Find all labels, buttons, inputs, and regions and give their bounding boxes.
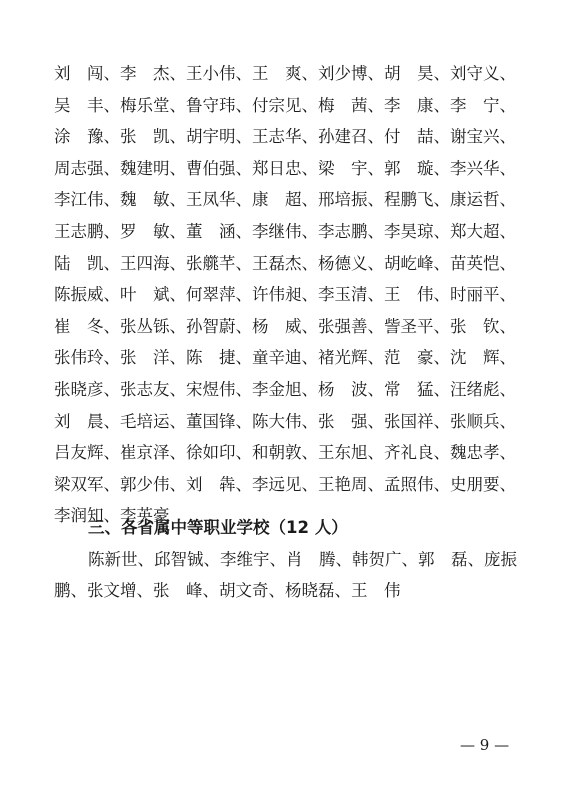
person-name: 谢宝兴 bbox=[450, 125, 500, 149]
separator: 、 bbox=[170, 220, 187, 244]
person-name: 张国祥 bbox=[384, 410, 434, 434]
separator: 、 bbox=[236, 378, 253, 402]
person-name: 杨 威 bbox=[252, 315, 302, 339]
separator: 、 bbox=[302, 125, 319, 149]
separator: 、 bbox=[434, 410, 451, 434]
person-name: 孙智蔚 bbox=[186, 315, 236, 339]
person-name: 毛培运 bbox=[120, 410, 170, 434]
person-name: 刘少博 bbox=[318, 62, 368, 86]
separator: 、 bbox=[368, 125, 385, 149]
separator: 、 bbox=[236, 283, 253, 307]
person-name: 孙建召 bbox=[318, 125, 368, 149]
person-name: 张艞芊 bbox=[186, 252, 236, 276]
person-name: 程鹏飞 bbox=[384, 188, 434, 212]
separator: 、 bbox=[170, 346, 187, 370]
person-name: 陆 凯 bbox=[54, 252, 104, 276]
person-name: 曹伯强 bbox=[186, 157, 236, 181]
name-row: 陆 凯、王四海、张艞芊、王磊杰、杨德义、胡屹峰、苗英恺、 bbox=[54, 252, 516, 276]
name-row: 梁双军、郭少伟、刘 犇、李远见、王艳周、孟照伟、史朋要、 bbox=[54, 473, 516, 497]
person-name: 张丛铄 bbox=[120, 315, 170, 339]
person-name: 胡宇明 bbox=[186, 125, 236, 149]
person-name: 郑大超 bbox=[450, 220, 500, 244]
person-name: 张伟玲 bbox=[54, 346, 104, 370]
separator: 、 bbox=[302, 157, 319, 181]
separator: 、 bbox=[104, 157, 121, 181]
person-name: 訾圣平 bbox=[384, 315, 434, 339]
person-name: 杨德义 bbox=[318, 252, 368, 276]
person-name: 王 伟 bbox=[384, 283, 434, 307]
separator: 、 bbox=[500, 441, 517, 465]
separator: 、 bbox=[170, 157, 187, 181]
person-name: 王志华 bbox=[252, 125, 302, 149]
name-row: 涂 豫、张 凯、胡宇明、王志华、孙建召、付 喆、谢宝兴、 bbox=[54, 125, 516, 149]
separator: 、 bbox=[368, 315, 385, 339]
person-name: 李昊琼 bbox=[384, 220, 434, 244]
separator: 、 bbox=[170, 473, 187, 497]
person-name: 王艳周 bbox=[318, 473, 368, 497]
separator: 、 bbox=[236, 157, 253, 181]
separator: 、 bbox=[170, 283, 187, 307]
person-name: 董国锋 bbox=[186, 410, 236, 434]
separator: 、 bbox=[104, 410, 121, 434]
name-row: 陈振威、叶 斌、何翠萍、许伟昶、李玉清、王 伟、时丽平、 bbox=[54, 283, 516, 307]
name-row: 刘 闯、李 杰、王小伟、王 爽、刘少博、胡 昊、刘守义、 bbox=[54, 62, 516, 86]
person-name: 付宗见 bbox=[252, 94, 302, 118]
person-name: 孟照伟 bbox=[384, 473, 434, 497]
person-name: 梅 茜 bbox=[318, 94, 368, 118]
separator: 、 bbox=[500, 410, 517, 434]
separator: 、 bbox=[170, 62, 187, 86]
separator: 、 bbox=[302, 62, 319, 86]
separator: 、 bbox=[500, 125, 517, 149]
separator: 、 bbox=[236, 62, 253, 86]
person-name: 陈 捷 bbox=[186, 346, 236, 370]
separator: 、 bbox=[170, 125, 187, 149]
person-name: 魏 敏 bbox=[120, 188, 170, 212]
separator: 、 bbox=[236, 252, 253, 276]
person-name: 王凤华 bbox=[186, 188, 236, 212]
separator: 、 bbox=[104, 125, 121, 149]
separator: 、 bbox=[236, 125, 253, 149]
person-name: 刘 晨 bbox=[54, 410, 104, 434]
separator: 、 bbox=[104, 441, 121, 465]
separator: 、 bbox=[434, 94, 451, 118]
person-name: 和朝敦 bbox=[252, 441, 302, 465]
separator: 、 bbox=[434, 125, 451, 149]
section-3-names-line-2: 鹏、张文增、张 峰、胡文奇、杨晓磊、王 伟 bbox=[54, 579, 401, 603]
separator: 、 bbox=[434, 378, 451, 402]
person-name: 张强善 bbox=[318, 315, 368, 339]
person-name: 宋煜伟 bbox=[186, 378, 236, 402]
separator: 、 bbox=[368, 220, 385, 244]
person-name: 李 杰 bbox=[120, 62, 170, 86]
separator: 、 bbox=[302, 473, 319, 497]
document-page: 刘 闯、李 杰、王小伟、王 爽、刘少博、胡 昊、刘守义、吴 丰、梅乐堂、鲁守玮、… bbox=[0, 0, 569, 803]
separator: 、 bbox=[368, 62, 385, 86]
person-name: 郭少伟 bbox=[120, 473, 170, 497]
name-row: 崔 冬、张丛铄、孙智蔚、杨 威、张强善、訾圣平、张 钦、 bbox=[54, 315, 516, 339]
person-name: 李继伟 bbox=[252, 220, 302, 244]
person-name: 王东旭 bbox=[318, 441, 368, 465]
separator: 、 bbox=[104, 252, 121, 276]
separator: 、 bbox=[104, 315, 121, 339]
person-name: 王志鹏 bbox=[54, 220, 104, 244]
separator: 、 bbox=[104, 283, 121, 307]
name-row: 吕友辉、崔京泽、徐如印、和朝敦、王东旭、齐礼良、魏忠孝、 bbox=[54, 441, 516, 465]
name-row: 张晓彦、张志友、宋煜伟、李金旭、杨 波、常 猛、汪绪彪、 bbox=[54, 378, 516, 402]
person-name: 陈大伟 bbox=[252, 410, 302, 434]
separator: 、 bbox=[302, 346, 319, 370]
person-name: 汪绪彪 bbox=[450, 378, 500, 402]
separator: 、 bbox=[500, 283, 517, 307]
person-name: 范 豪 bbox=[384, 346, 434, 370]
person-name: 胡 昊 bbox=[384, 62, 434, 86]
person-name: 李玉清 bbox=[318, 283, 368, 307]
person-name: 鲁守玮 bbox=[186, 94, 236, 118]
separator: 、 bbox=[236, 410, 253, 434]
separator: 、 bbox=[368, 252, 385, 276]
person-name: 王磊杰 bbox=[252, 252, 302, 276]
person-name: 李 康 bbox=[384, 94, 434, 118]
separator: 、 bbox=[104, 346, 121, 370]
separator: 、 bbox=[500, 94, 517, 118]
person-name: 张 凯 bbox=[120, 125, 170, 149]
section-3-heading: 三、各省属中等职业学校（12 人） bbox=[88, 516, 348, 540]
separator: 、 bbox=[302, 220, 319, 244]
person-name: 苗英恺 bbox=[450, 252, 500, 276]
name-row: 周志强、魏建明、曹伯强、郑日忠、梁 宇、郭 璇、李兴华、 bbox=[54, 157, 516, 181]
name-row: 刘 晨、毛培运、董国锋、陈大伟、张 强、张国祥、张顺兵、 bbox=[54, 410, 516, 434]
person-name: 吴 丰 bbox=[54, 94, 104, 118]
person-name: 张 强 bbox=[318, 410, 368, 434]
separator: 、 bbox=[302, 315, 319, 339]
person-name: 张 洋 bbox=[120, 346, 170, 370]
separator: 、 bbox=[170, 315, 187, 339]
separator: 、 bbox=[170, 410, 187, 434]
person-name: 齐礼良 bbox=[384, 441, 434, 465]
person-name: 崔京泽 bbox=[120, 441, 170, 465]
separator: 、 bbox=[368, 94, 385, 118]
person-name: 涂 豫 bbox=[54, 125, 104, 149]
separator: 、 bbox=[170, 378, 187, 402]
separator: 、 bbox=[434, 473, 451, 497]
separator: 、 bbox=[368, 346, 385, 370]
separator: 、 bbox=[302, 378, 319, 402]
separator: 、 bbox=[236, 473, 253, 497]
person-name: 刘 闯 bbox=[54, 62, 104, 86]
separator: 、 bbox=[434, 252, 451, 276]
separator: 、 bbox=[236, 220, 253, 244]
person-name: 杨 波 bbox=[318, 378, 368, 402]
separator: 、 bbox=[104, 378, 121, 402]
separator: 、 bbox=[434, 346, 451, 370]
separator: 、 bbox=[500, 62, 517, 86]
separator: 、 bbox=[302, 410, 319, 434]
separator: 、 bbox=[236, 346, 253, 370]
person-name: 付 喆 bbox=[384, 125, 434, 149]
person-name: 张志友 bbox=[120, 378, 170, 402]
person-name: 刘 犇 bbox=[186, 473, 236, 497]
separator: 、 bbox=[434, 220, 451, 244]
separator: 、 bbox=[368, 378, 385, 402]
name-row: 张伟玲、张 洋、陈 捷、童辛迪、褚光辉、范 豪、沈 辉、 bbox=[54, 346, 516, 370]
separator: 、 bbox=[104, 94, 121, 118]
separator: 、 bbox=[170, 252, 187, 276]
person-name: 李金旭 bbox=[252, 378, 302, 402]
person-name: 常 猛 bbox=[384, 378, 434, 402]
person-name: 张顺兵 bbox=[450, 410, 500, 434]
person-name: 罗 敏 bbox=[120, 220, 170, 244]
separator: 、 bbox=[500, 346, 517, 370]
person-name: 陈振威 bbox=[54, 283, 104, 307]
separator: 、 bbox=[236, 188, 253, 212]
separator: 、 bbox=[236, 94, 253, 118]
person-name: 邢培振 bbox=[318, 188, 368, 212]
separator: 、 bbox=[434, 283, 451, 307]
separator: 、 bbox=[302, 441, 319, 465]
separator: 、 bbox=[500, 315, 517, 339]
person-name: 魏忠孝 bbox=[450, 441, 500, 465]
separator: 、 bbox=[500, 473, 517, 497]
person-name: 时丽平 bbox=[450, 283, 500, 307]
page-number: — 9 — bbox=[460, 735, 509, 755]
person-name: 梅乐堂 bbox=[120, 94, 170, 118]
name-row: 李江伟、魏 敏、王凤华、康 超、邢培振、程鹏飞、康运哲、 bbox=[54, 188, 516, 212]
person-name: 梁 宇 bbox=[318, 157, 368, 181]
person-name: 李志鹏 bbox=[318, 220, 368, 244]
person-name: 李 宁 bbox=[450, 94, 500, 118]
person-name: 王四海 bbox=[120, 252, 170, 276]
person-name: 史朋要 bbox=[450, 473, 500, 497]
separator: 、 bbox=[434, 315, 451, 339]
separator: 、 bbox=[434, 157, 451, 181]
separator: 、 bbox=[368, 441, 385, 465]
separator: 、 bbox=[170, 441, 187, 465]
person-name: 张晓彦 bbox=[54, 378, 104, 402]
separator: 、 bbox=[170, 94, 187, 118]
person-name: 沈 辉 bbox=[450, 346, 500, 370]
person-name: 徐如印 bbox=[186, 441, 236, 465]
section-3-names-line-1: 陈新世、邱智铖、李维宇、肖 腾、韩贺广、郭 磊、庞振 bbox=[88, 548, 517, 572]
separator: 、 bbox=[302, 94, 319, 118]
person-name: 董 涵 bbox=[186, 220, 236, 244]
separator: 、 bbox=[434, 62, 451, 86]
person-name: 李兴华 bbox=[450, 157, 500, 181]
person-name: 王 爽 bbox=[252, 62, 302, 86]
separator: 、 bbox=[236, 315, 253, 339]
person-name: 王小伟 bbox=[186, 62, 236, 86]
separator: 、 bbox=[434, 188, 451, 212]
separator: 、 bbox=[104, 188, 121, 212]
person-name: 康运哲 bbox=[450, 188, 500, 212]
separator: 、 bbox=[500, 157, 517, 181]
separator: 、 bbox=[368, 283, 385, 307]
separator: 、 bbox=[368, 410, 385, 434]
person-name: 郭 璇 bbox=[384, 157, 434, 181]
separator: 、 bbox=[368, 157, 385, 181]
separator: 、 bbox=[236, 441, 253, 465]
person-name: 吕友辉 bbox=[54, 441, 104, 465]
separator: 、 bbox=[368, 473, 385, 497]
person-name: 李远见 bbox=[252, 473, 302, 497]
separator: 、 bbox=[500, 378, 517, 402]
person-name: 叶 斌 bbox=[120, 283, 170, 307]
person-name: 何翠萍 bbox=[186, 283, 236, 307]
separator: 、 bbox=[302, 283, 319, 307]
separator: 、 bbox=[302, 188, 319, 212]
person-name: 童辛迪 bbox=[252, 346, 302, 370]
name-row: 王志鹏、罗 敏、董 涵、李继伟、李志鹏、李昊琼、郑大超、 bbox=[54, 220, 516, 244]
separator: 、 bbox=[104, 220, 121, 244]
separator: 、 bbox=[500, 220, 517, 244]
person-name: 郑日忠 bbox=[252, 157, 302, 181]
name-row: 吴 丰、梅乐堂、鲁守玮、付宗见、梅 茜、李 康、李 宁、 bbox=[54, 94, 516, 118]
person-name: 许伟昶 bbox=[252, 283, 302, 307]
separator: 、 bbox=[104, 62, 121, 86]
person-name: 褚光辉 bbox=[318, 346, 368, 370]
separator: 、 bbox=[170, 188, 187, 212]
person-name: 胡屹峰 bbox=[384, 252, 434, 276]
person-name: 李江伟 bbox=[54, 188, 104, 212]
separator: 、 bbox=[302, 252, 319, 276]
person-name: 梁双军 bbox=[54, 473, 104, 497]
separator: 、 bbox=[500, 188, 517, 212]
person-name: 康 超 bbox=[252, 188, 302, 212]
separator: 、 bbox=[104, 473, 121, 497]
person-name: 魏建明 bbox=[120, 157, 170, 181]
person-name: 周志强 bbox=[54, 157, 104, 181]
separator: 、 bbox=[368, 188, 385, 212]
separator: 、 bbox=[500, 252, 517, 276]
separator: 、 bbox=[434, 441, 451, 465]
person-name: 张 钦 bbox=[450, 315, 500, 339]
person-name: 刘守义 bbox=[450, 62, 500, 86]
person-name: 崔 冬 bbox=[54, 315, 104, 339]
